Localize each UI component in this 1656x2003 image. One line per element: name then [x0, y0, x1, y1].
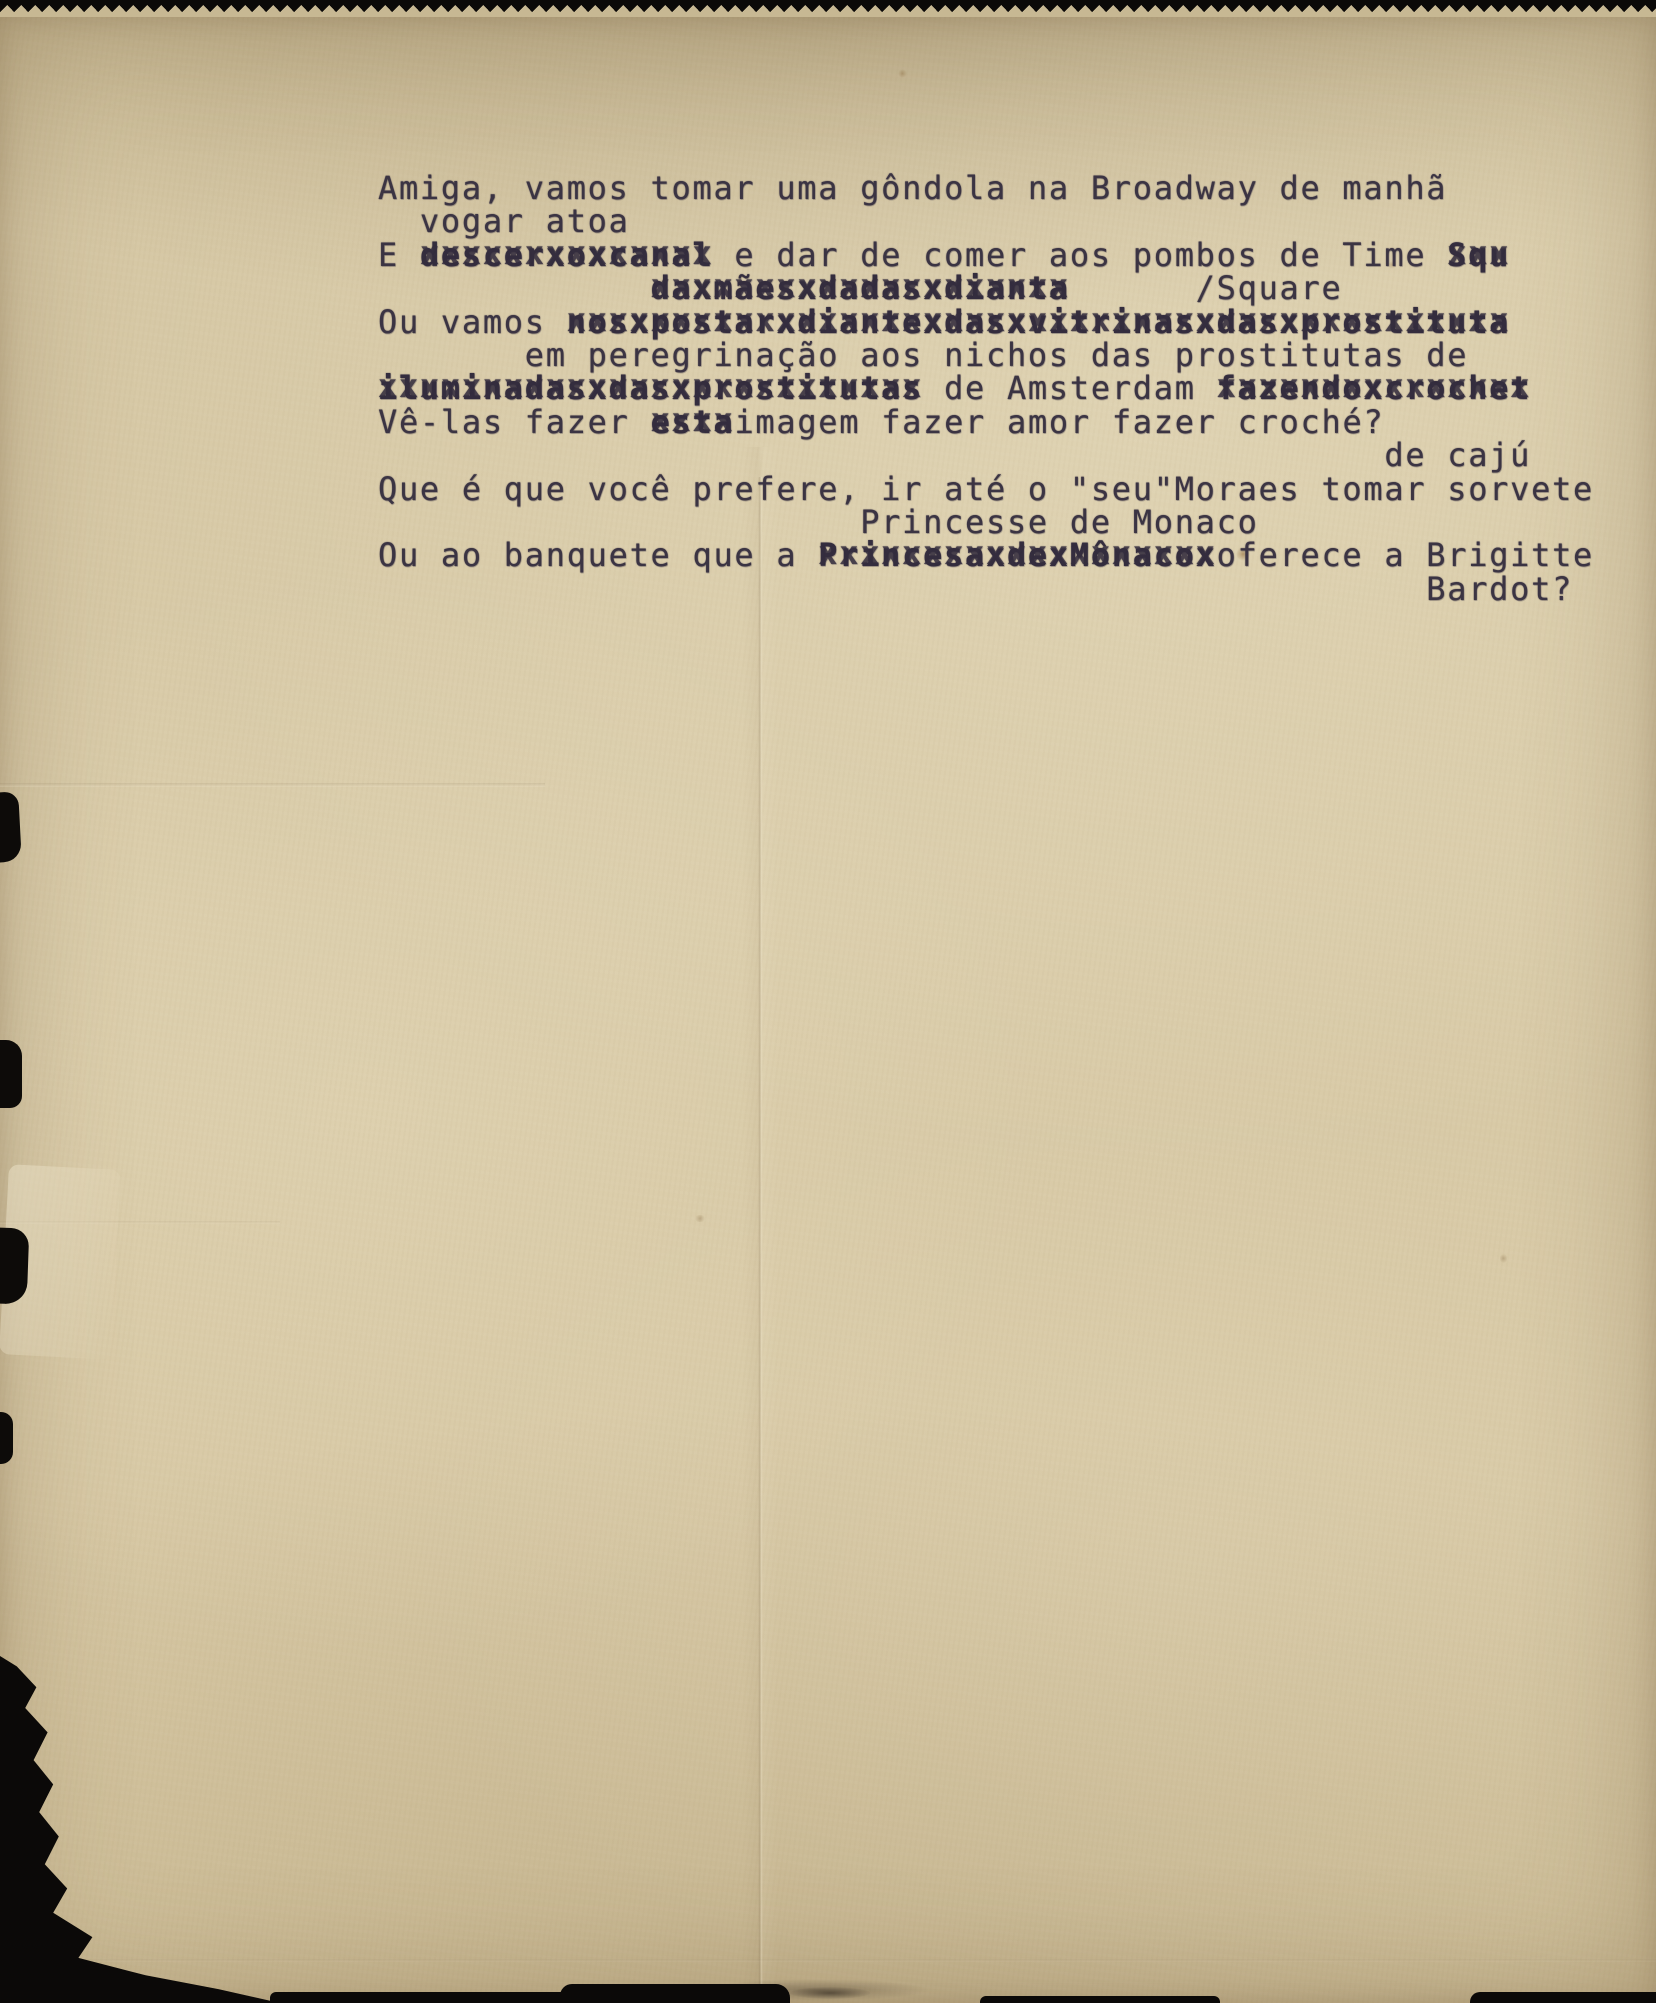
- typescript-line: em peregrinação aos nichos das prostitut…: [378, 339, 1594, 372]
- text-segment: de Amsterdam: [923, 369, 1217, 407]
- struck-text-segment: daxmãesxdadasxdiantaxxxxxxxxxxxxxxxxxxxx: [651, 269, 1070, 307]
- torn-bottom-edge: [270, 1992, 590, 2003]
- text-segment: de cajú: [378, 436, 1531, 474]
- struck-text-segment: fazendoxcrochetxxxxxxxxxxxxxxx: [1217, 369, 1531, 407]
- struck-text-segment: PrincesaxdexMônacoxxxxxxxxxxxxxxxxxxxx: [818, 536, 1216, 574]
- torn-bottom-edge: [560, 1984, 790, 2003]
- torn-bottom-edge: [980, 1996, 1220, 2003]
- typescript-line: Ou vamos nosxpostarxdiantexdasxvitrinasx…: [378, 306, 1594, 339]
- overtype-x-strike: xxxxxxxxxxxxxx: [420, 237, 714, 270]
- stain-smudge: [790, 1987, 870, 1999]
- overtype-x-strike: xxxx: [651, 404, 735, 437]
- overtype-x-strike: xxxxxxxxxxxxxxxxxxx: [818, 537, 1216, 570]
- typescript-line: Que é que você prefere, ir até o "seu"Mo…: [378, 473, 1594, 506]
- torn-edge-chip: [0, 1412, 13, 1464]
- stain-spot: [694, 1215, 706, 1222]
- typescript-line: E descerxoxcanalxxxxxxxxxxxxxx e dar de …: [378, 239, 1594, 272]
- struck-text-segment: iluminadasxdasxprostitutasxxxxxxxxxxxxxx…: [378, 369, 923, 407]
- text-segment: /Square: [1070, 269, 1343, 307]
- overtype-x-strike: xxx: [1447, 237, 1510, 270]
- struck-text-segment: nosxpostarxdiantexdasxvitrinasxdasxprost…: [567, 303, 1510, 341]
- text-segment: Amiga, vamos tomar uma gôndola na Broadw…: [378, 169, 1447, 207]
- text-segment: vogar atoa: [378, 202, 630, 240]
- torn-edge-chip: [0, 1040, 22, 1108]
- overtype-x-strike: xxxxxxxxxxxxxxxxxxxx: [651, 270, 1070, 303]
- typescript-line: Princesse de Monaco: [378, 506, 1594, 539]
- text-segment: Vê-las fazer: [378, 403, 651, 441]
- struck-text-segment: estaxxxx: [651, 403, 735, 441]
- stain-spot: [898, 69, 907, 78]
- stain-spot: [1500, 1253, 1507, 1264]
- text-segment: oferece a Brigitte: [1217, 536, 1594, 574]
- typescript-line: Vê-las fazer estaxxxximagem fazer amor f…: [378, 406, 1594, 439]
- text-segment: Bardot?: [378, 570, 1573, 608]
- typescript-line: daxmãesxdadasxdiantaxxxxxxxxxxxxxxxxxxxx…: [378, 272, 1594, 305]
- torn-edge-chip: [0, 791, 22, 862]
- struck-text-segment: Squxxx: [1447, 236, 1510, 274]
- document-scan: Amiga, vamos tomar uma gôndola na Broadw…: [0, 0, 1656, 2003]
- text-segment: [378, 269, 651, 307]
- typescript-line: Bardot?: [378, 573, 1594, 606]
- overtype-x-strike: xxxxxxxxxxxxxxxxxxxxxxxxxxxxxxxxxxxxxxxx…: [567, 304, 1510, 337]
- overtype-x-strike: xxxxxxxxxxxxxxxxxxxxxxxxxx: [378, 370, 923, 403]
- fold-crease-vertical: [758, 477, 763, 2003]
- typescript-line: vogar atoa: [378, 205, 1594, 238]
- text-segment: imagem fazer amor fazer croché?: [734, 403, 1384, 441]
- typescript-line: Ou ao banquete que a PrincesaxdexMônacox…: [378, 539, 1594, 572]
- text-segment: Ou ao banquete que a: [378, 536, 818, 574]
- text-segment: E: [378, 236, 420, 274]
- typescript-line: Amiga, vamos tomar uma gôndola na Broadw…: [378, 172, 1594, 205]
- fold-crease-horizontal-3: [0, 1959, 1656, 1962]
- text-segment: Ou vamos: [378, 303, 567, 341]
- typescript-line: de cajú: [378, 439, 1594, 472]
- overtype-x-strike: xxxxxxxxxxxxxxx: [1217, 370, 1531, 403]
- typescript-text: Amiga, vamos tomar uma gôndola na Broadw…: [378, 172, 1594, 606]
- text-segment: Que é que você prefere, ir até o "seu"Mo…: [378, 470, 1594, 508]
- fold-crease-horizontal-1: [0, 783, 545, 787]
- torn-bottom-edge: [1470, 1992, 1656, 2003]
- typescript-line: iluminadasxdasxprostitutasxxxxxxxxxxxxxx…: [378, 372, 1594, 405]
